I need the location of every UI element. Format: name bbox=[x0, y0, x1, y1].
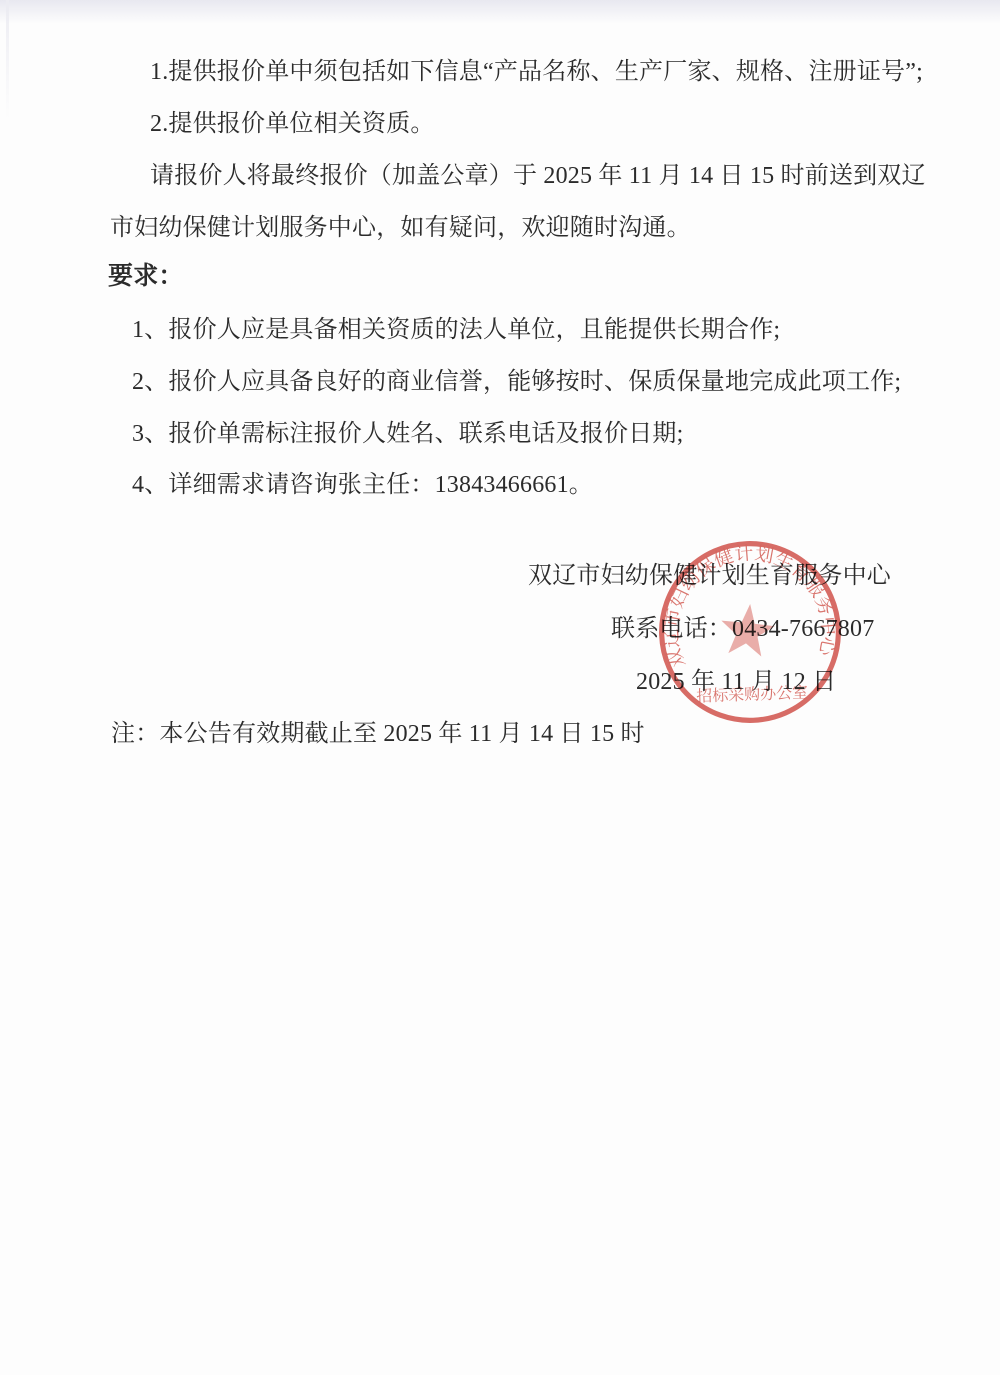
requirements-heading: 要求： bbox=[108, 262, 184, 292]
requirement-item-2: 2、报价人应具备良好的商业信誉，能够按时、保质保量地完成此项工作; bbox=[132, 367, 901, 397]
quote-info-item-2: 2.提供报价单位相关资质。 bbox=[150, 109, 435, 139]
scanned-notice-page: 1.提供报价单中须包括如下信息“产品名称、生产厂家、规格、注册证号”; 2.提供… bbox=[0, 0, 1000, 1375]
requirement-item-1: 1、报价人应是具备相关资质的法人单位，且能提供长期合作; bbox=[132, 315, 780, 345]
stamp-bottom-text: 招标采购办公室 bbox=[696, 683, 808, 706]
scan-edge-shading bbox=[0, 0, 1000, 26]
quote-info-item-1: 1.提供报价单中须包括如下信息“产品名称、生产厂家、规格、注册证号”; bbox=[150, 57, 923, 87]
validity-note: 注：本公告有效期截止至 2025 年 11 月 14 日 15 时 bbox=[111, 719, 645, 749]
requirement-item-3: 3、报价单需标注报价人姓名、联系电话及报价日期; bbox=[132, 419, 683, 449]
stamp-star-icon bbox=[721, 603, 776, 658]
stamp-arc-text: 双辽市妇幼保健计划生育服务中心 bbox=[657, 539, 841, 671]
deadline-paragraph-line-2: 市妇幼保健计划服务中心，如有疑问，欢迎随时沟通。 bbox=[110, 213, 691, 243]
official-seal-stamp: 双辽市妇幼保健计划生育服务中心 招标采购办公室 bbox=[653, 535, 847, 729]
deadline-paragraph-line-1: 请报价人将最终报价（加盖公章）于 2025 年 11 月 14 日 15 时前送… bbox=[150, 161, 926, 191]
svg-text:双辽市妇幼保健计划生育服务中心: 双辽市妇幼保健计划生育服务中心 bbox=[657, 539, 841, 671]
requirement-item-4: 4、详细需求请咨询张主任：13843466661。 bbox=[132, 470, 593, 500]
scan-edge-line bbox=[6, 0, 9, 120]
